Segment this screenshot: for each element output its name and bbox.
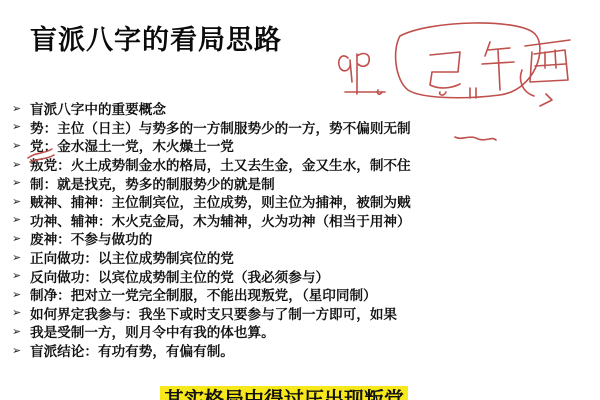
arrow-bullet-icon: ➢ [12,102,30,115]
slide-title: 盲派八字的看局思路 [30,18,282,57]
arrow-bullet-icon: ➢ [12,251,30,264]
list-item: ➢制：就是找克，势多的制服势少的就是制 [12,173,411,192]
list-item: ➢党：金水湿土一党，木火燥土一党 [12,136,411,155]
list-item: ➢贼神、捕神：主位制宾位，主位成势，则主位为捕神，被制为贼 [12,192,411,211]
arrow-bullet-icon: ➢ [12,158,30,171]
arrow-bullet-icon: ➢ [12,344,30,357]
list-item: ➢盲派八字中的重要概念 [12,99,411,118]
arrow-bullet-icon: ➢ [12,195,30,208]
list-item: ➢如何界定我参与：我坐下或时支只要参与了制一方即可，如果 [12,304,411,323]
list-item: ➢废神：不参与做功的 [12,229,411,248]
arrow-bullet-icon: ➢ [12,269,30,282]
concept-list: ➢盲派八字中的重要概念 ➢势：主位（日主）与势多的一方制服势少的一方，势不偏则无… [12,99,411,359]
arrow-bullet-icon: ➢ [12,306,30,319]
list-item: ➢我是受制一方，则月令中有我的体也算。 [12,322,411,341]
list-item: ➢正向做功：以主位成势制宾位的党 [12,248,411,267]
arrow-bullet-icon: ➢ [12,288,30,301]
list-item: ➢势：主位（日主）与势多的一方制服势少的一方，势不偏则无制 [12,118,411,137]
arrow-bullet-icon: ➢ [12,120,30,133]
list-item: ➢功神、辅神：木火克金局，木为辅神，火为功神（相当于用神） [12,211,411,230]
arrow-bullet-icon: ➢ [12,139,30,152]
arrow-bullet-icon: ➢ [12,232,30,245]
list-item: ➢反向做功：以宾位成势制主位的党（我必须参与） [12,266,411,285]
list-item: ➢盲派结论：有功有势，有偏有制。 [12,341,411,360]
highlighted-conclusion: 其实格局中得过压出现叛党 [160,386,408,400]
list-item: ➢叛党：火土成势制金水的格局，土又去生金，金又生水，制不住 [12,155,411,174]
arrow-bullet-icon: ➢ [12,176,30,189]
list-item: ➢制净：把对立一党完全制服，不能出现叛党，（星印同制） [12,285,411,304]
arrow-bullet-icon: ➢ [12,213,30,226]
arrow-bullet-icon: ➢ [12,325,30,338]
